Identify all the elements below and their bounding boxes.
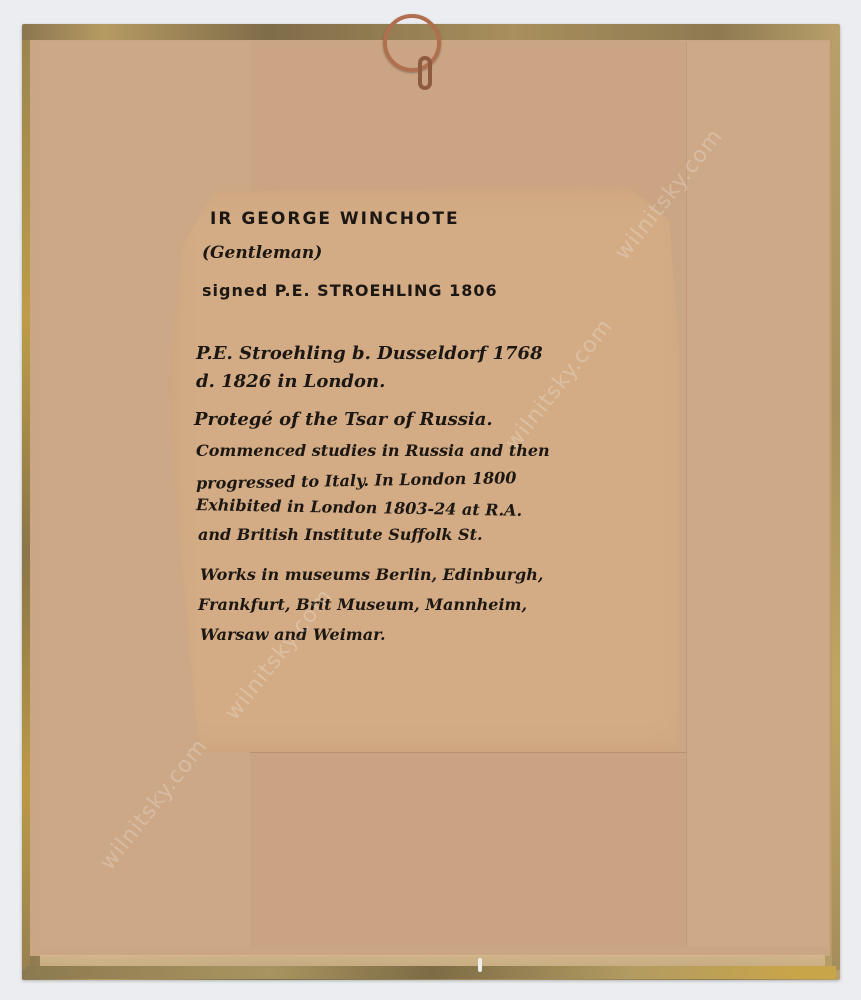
paper-strip-right: [686, 42, 829, 947]
label-line: Protegé of the Tsar of Russia.: [194, 411, 493, 429]
label-line-signed: signed P.E. STROEHLING 1806: [202, 283, 498, 299]
ring-loop-icon: [418, 56, 432, 90]
frame-gilt-left-edge: [22, 40, 30, 970]
nail-icon: [478, 958, 482, 972]
paper-strip-bottom: [250, 752, 686, 948]
hanging-ring-icon: [383, 14, 441, 72]
label-line: Commenced studies in Russia and then: [196, 443, 550, 459]
label-line: P.E. Stroehling b. Dusseldorf 1768: [196, 345, 543, 363]
frame-bottom-edge: [26, 966, 836, 979]
frame-gilt-right-edge: [832, 40, 840, 970]
label-line-title: IR GEORGE WINCHOTE: [210, 211, 460, 228]
paper-strip-top: [250, 42, 686, 202]
label-line: Frankfurt, Brit Museum, Mannheim,: [198, 597, 527, 613]
label-line: and British Institute Suffolk St.: [198, 527, 483, 543]
label-line: Works in museums Berlin, Edinburgh,: [200, 567, 543, 583]
label-line-subtitle: (Gentleman): [202, 245, 322, 262]
label-line: d. 1826 in London.: [196, 373, 385, 391]
